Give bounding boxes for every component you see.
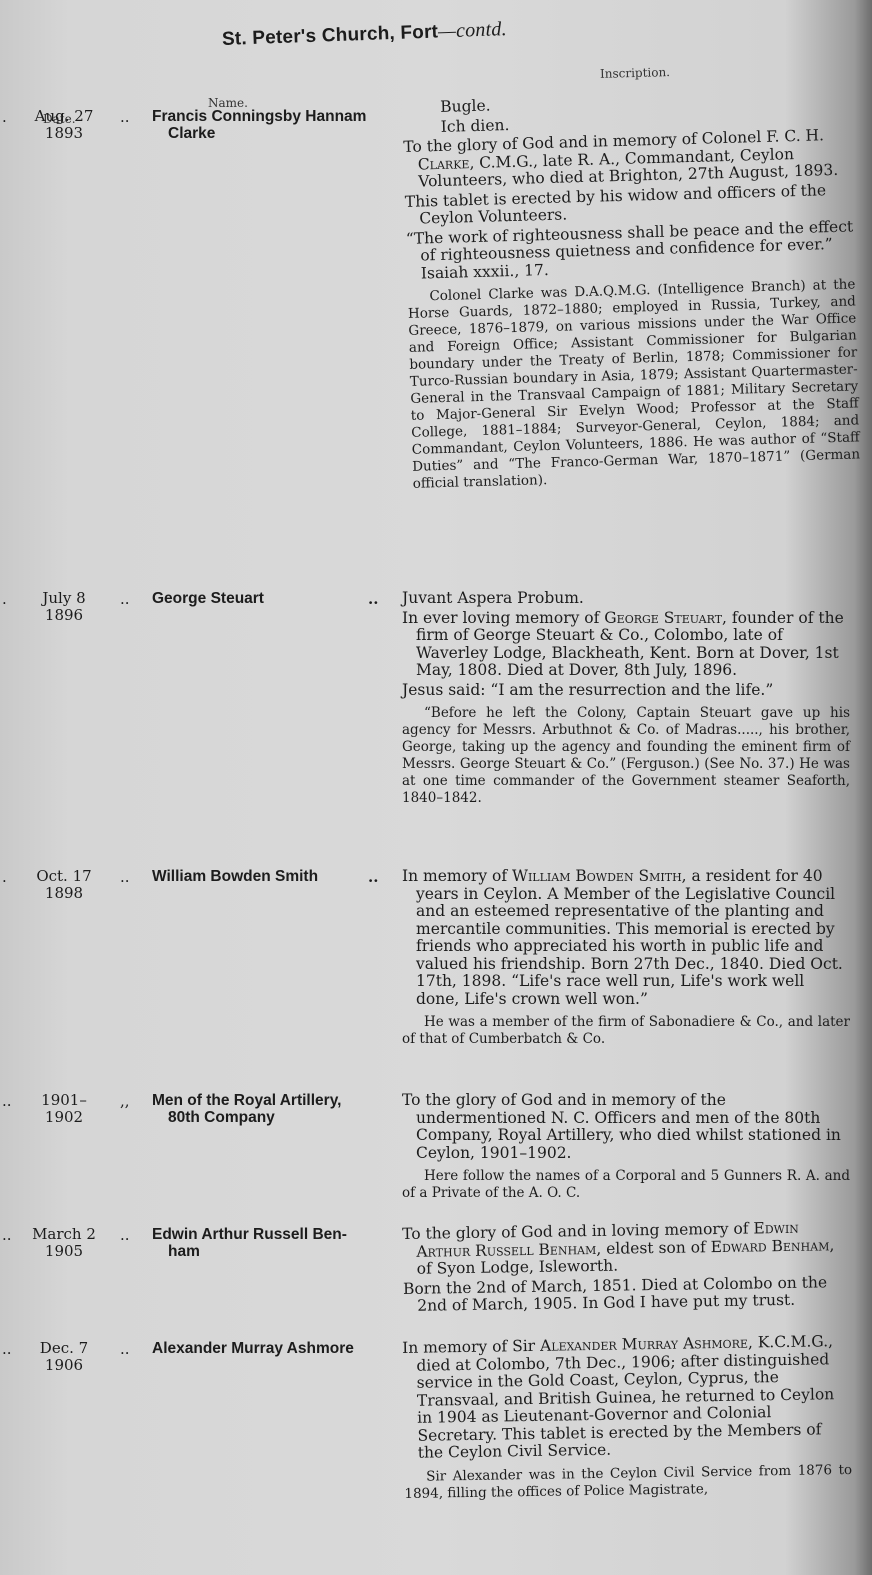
date-day: July 8 — [30, 590, 98, 607]
inscription-paragraph: Born the 2nd of March, 1851. Died at Col… — [403, 1273, 851, 1315]
inscription-paragraph: Jesus said: “I am the resurrection and t… — [402, 682, 850, 700]
inscription-note: “Before he left the Colony, Captain Steu… — [402, 705, 850, 807]
page-title: St. Peter's Church, Fort—contd. — [222, 18, 508, 51]
small-caps-name: George Steuart — [604, 609, 722, 627]
date-year: 1906 — [30, 1357, 98, 1374]
leader-dots: .. — [2, 1340, 12, 1358]
name-line-1: Alexander Murray Ashmore — [152, 1340, 354, 1357]
small-caps-name: Alexander Murray Ashmore — [540, 1334, 748, 1355]
column-header-inscription: Inscription. — [600, 65, 670, 81]
small-caps-name: William Bowden Smith — [512, 867, 682, 885]
trailing-dots: .. — [368, 868, 378, 886]
inscription-note: He was a member of the firm of Sabonadie… — [402, 1014, 850, 1048]
date-day: Dec. 7 — [30, 1340, 98, 1357]
separator-dots: .. — [120, 108, 130, 126]
leader-dots: . — [2, 868, 7, 886]
title-contd: —contd. — [438, 18, 507, 42]
date-year: 1905 — [30, 1243, 98, 1260]
separator-dots: .. — [120, 868, 130, 886]
entry-date: July 8 1896 — [30, 590, 98, 624]
leader-dots: . — [2, 108, 7, 126]
entry-date: Oct. 17 1898 — [30, 868, 98, 902]
inscription: To the glory of God and in memory of the… — [402, 1092, 850, 1204]
trailing-dots: .. — [368, 590, 378, 608]
separator-dots: .. — [120, 1340, 130, 1358]
name-line-2: ham — [152, 1243, 392, 1260]
inscription: In memory of Sir Alexander Murray Ashmor… — [402, 1333, 853, 1505]
date-day: Oct. 17 — [30, 868, 98, 885]
entry-date: Dec. 7 1906 — [30, 1340, 98, 1374]
inscription-note: Colonel Clarke was D.A.Q.M.G. (Intellige… — [407, 276, 861, 492]
inscription-paragraph: In memory of Sir Alexander Murray Ashmor… — [402, 1333, 852, 1463]
inscription-note: Sir Alexander was in the Ceylon Civil Se… — [404, 1461, 852, 1502]
entry-name: Alexander Murray Ashmore — [152, 1340, 392, 1357]
entry-name: William Bowden Smith — [152, 868, 392, 885]
separator-dots: ,, — [120, 1092, 130, 1110]
date-year: 1893 — [30, 125, 98, 142]
inscription: To the glory of God and in loving memory… — [402, 1219, 851, 1318]
entry-date: March 2 1905 — [30, 1226, 98, 1260]
entry-name: George Steuart — [152, 590, 392, 607]
inscription-paragraph: To the glory of God and in loving memory… — [402, 1219, 851, 1279]
name-line-2: Clarke — [152, 125, 392, 142]
entry-date: 1901–1902 — [30, 1092, 98, 1126]
entry-name: Edwin Arthur Russell Ben- ham — [152, 1226, 392, 1260]
date-day: 1901–1902 — [30, 1092, 98, 1126]
small-caps-name: Clarke — [418, 154, 470, 173]
date-year: 1896 — [30, 607, 98, 624]
name-line-1: Francis Conningsby Hannam — [152, 108, 366, 125]
name-line-1: George Steuart — [152, 590, 264, 607]
inscription-paragraph: Juvant Aspera Probum. — [402, 590, 850, 608]
inscription-paragraph: In memory of William Bowden Smith, a res… — [402, 868, 850, 1008]
leader-dots: .. — [2, 1092, 12, 1110]
entry-date: Aug. 27 1893 — [30, 108, 98, 142]
inscription-note: Here follow the names of a Corporal and … — [402, 1168, 850, 1202]
inscription: Bugle.Ich dien.To the glory of God and i… — [402, 87, 861, 494]
name-line-1: Edwin Arthur Russell Ben- — [152, 1226, 347, 1243]
name-line-1: Men of the Royal Artillery, — [152, 1092, 341, 1109]
entry-name: Men of the Royal Artillery, 80th Company — [152, 1092, 392, 1126]
date-day: Aug. 27 — [30, 108, 98, 125]
date-day: March 2 — [30, 1226, 98, 1243]
name-line-2: 80th Company — [152, 1109, 392, 1126]
leader-dots: . — [2, 590, 7, 608]
inscription-paragraph: “The work of righteousness shall be peac… — [406, 218, 855, 283]
separator-dots: .. — [120, 590, 130, 608]
inscription: In memory of William Bowden Smith, a res… — [402, 868, 850, 1050]
church-name: St. Peter's Church, Fort — [222, 21, 439, 50]
small-caps-name: Edward Benham — [711, 1236, 830, 1256]
entry-name: Francis Conningsby Hannam Clarke — [152, 108, 392, 142]
separator-dots: .. — [120, 1226, 130, 1244]
inscription-paragraph: In ever loving memory of George Steuart,… — [402, 610, 850, 680]
inscription: Juvant Aspera Probum.In ever loving memo… — [402, 590, 850, 809]
inscription-paragraph: To the glory of God and in memory of the… — [402, 1092, 850, 1162]
date-year: 1898 — [30, 885, 98, 902]
leader-dots: .. — [2, 1226, 12, 1244]
name-line-1: William Bowden Smith — [152, 868, 318, 885]
